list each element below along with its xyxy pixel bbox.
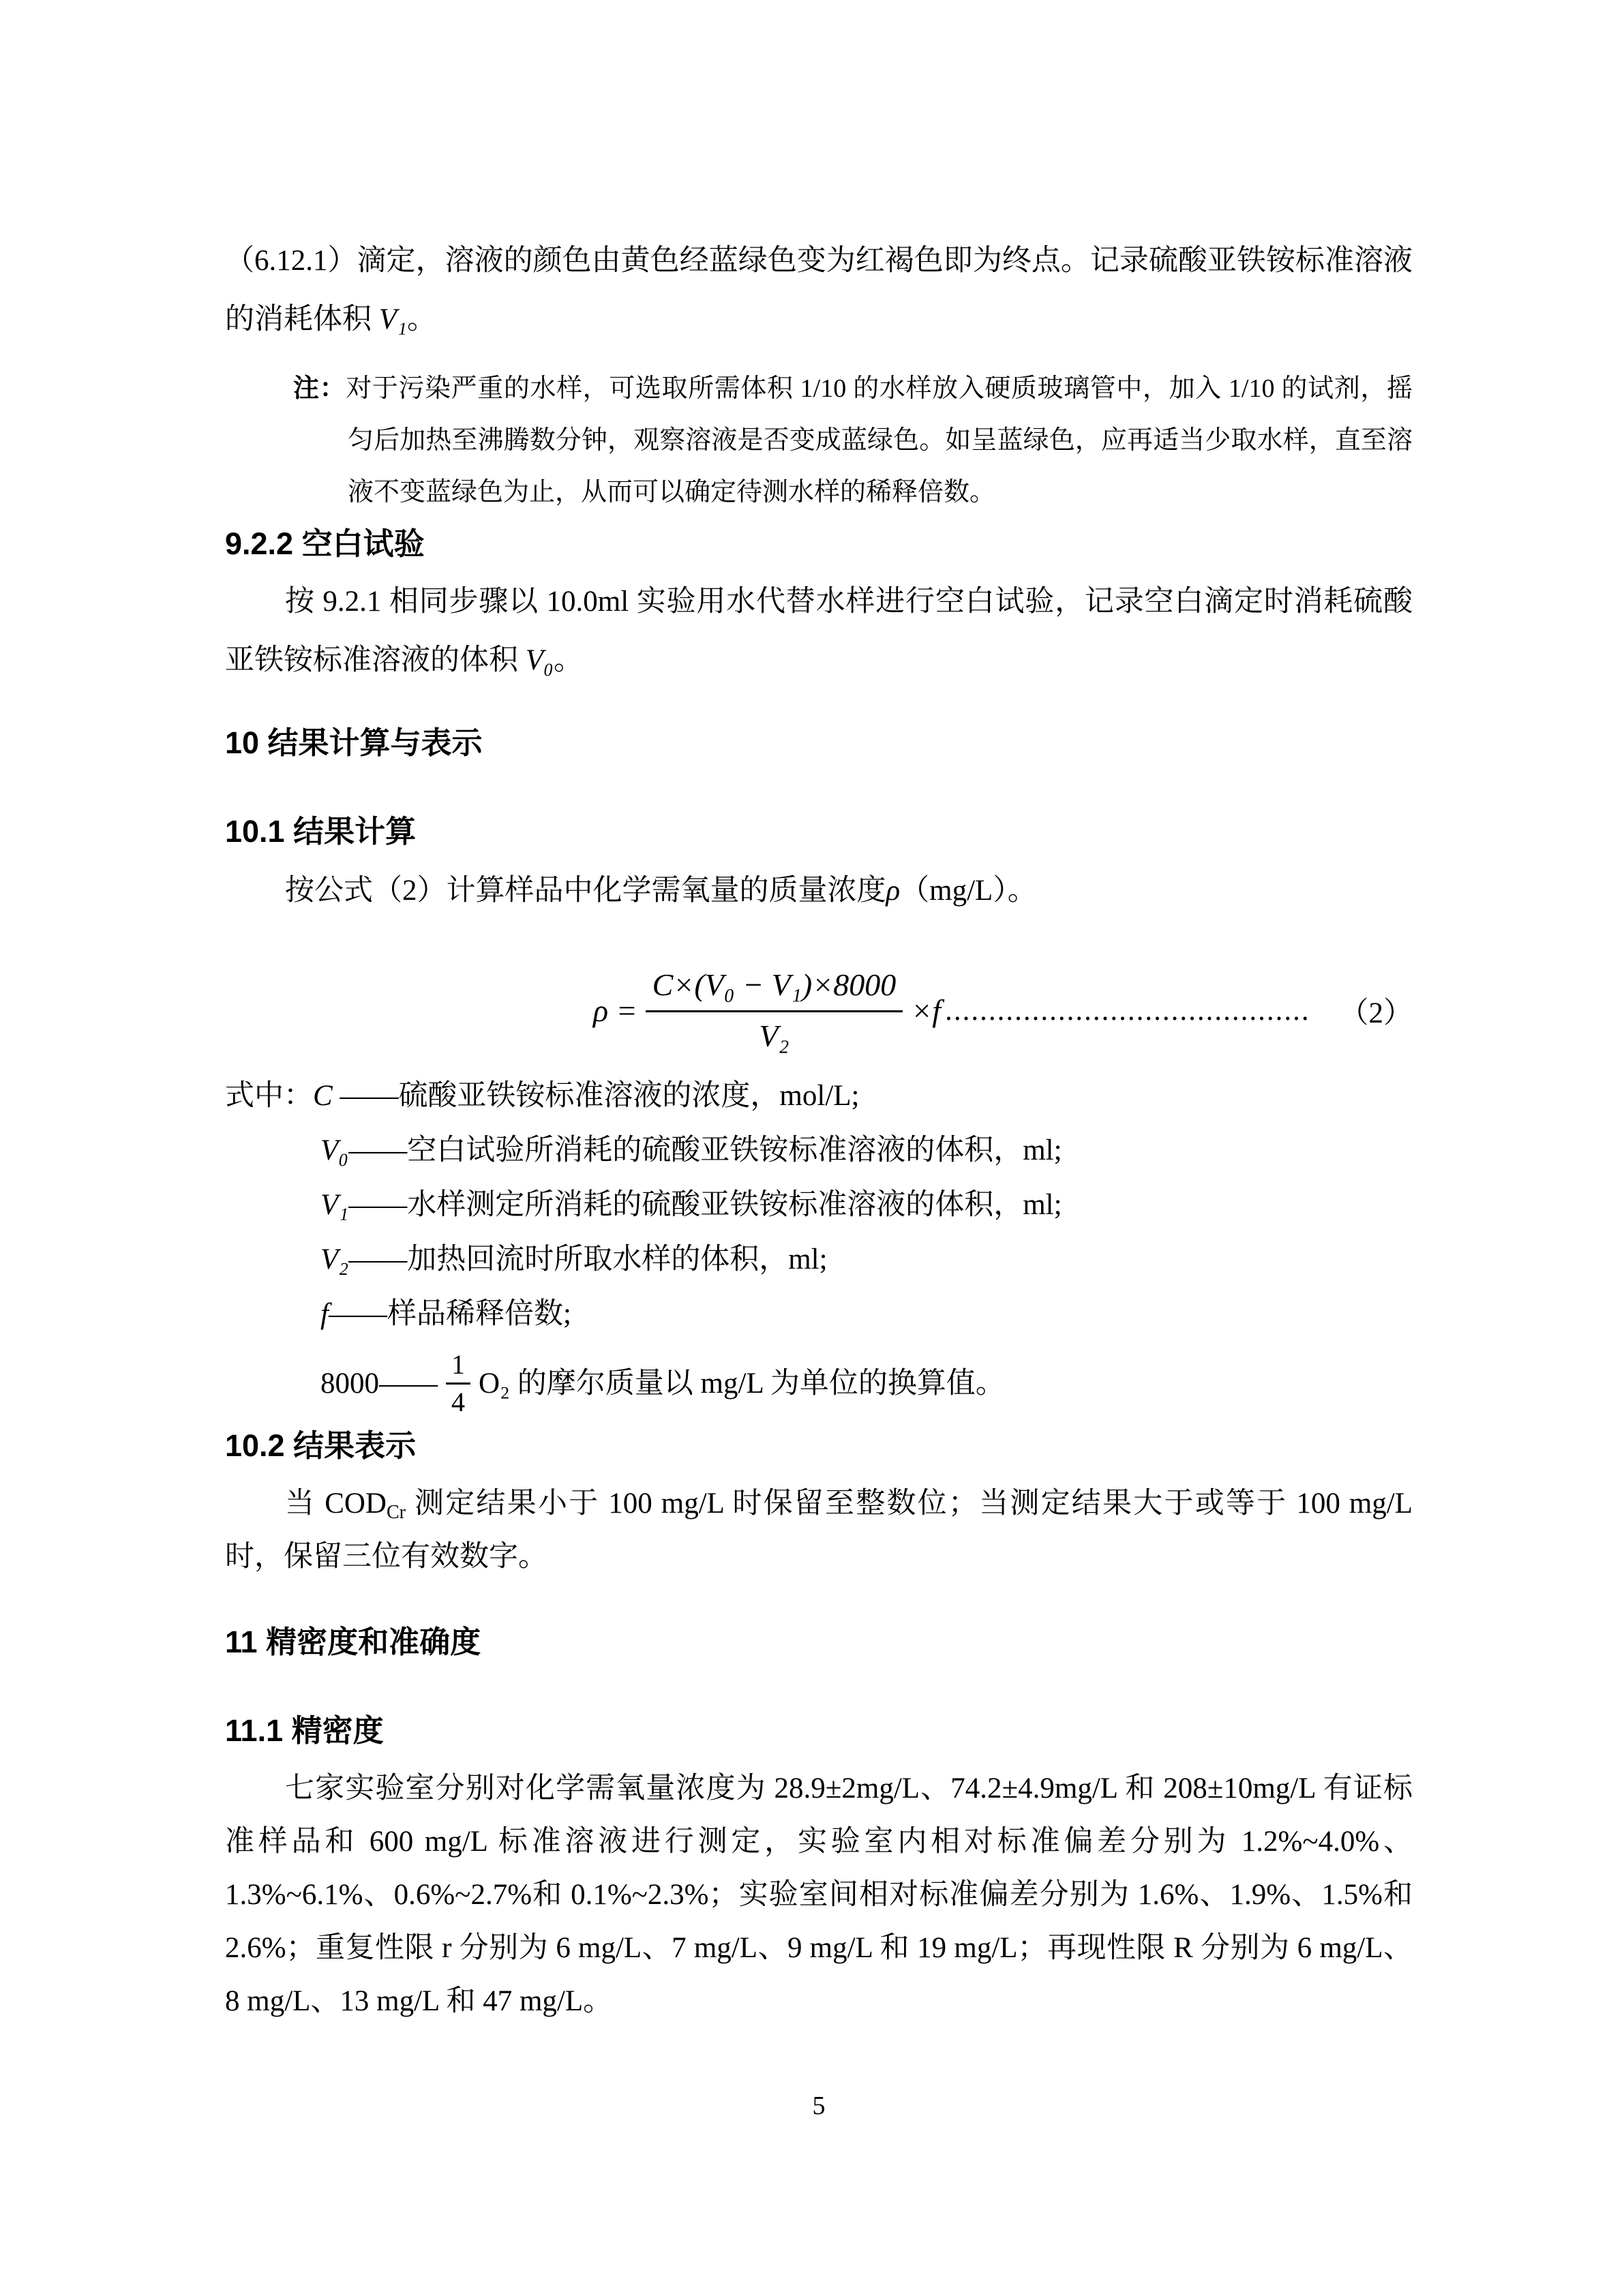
- equation-multiplier: ×f: [911, 993, 941, 1029]
- heading-9-2-2-blank-test: 9.2.2 空白试验: [225, 524, 1413, 564]
- definition-v1-text: ——水样测定所消耗的硫酸亚铁铵标准溶液的体积，ml;: [348, 1189, 1062, 1221]
- definition-v0-text: ——空白试验所消耗的硫酸亚铁铵标准溶液的体积，ml;: [348, 1134, 1062, 1166]
- equation-fraction: C×(V₀ − V₁)×8000 V₂: [646, 965, 903, 1055]
- symbol-definitions: 式中：C ——硫酸亚铁铵标准溶液的浓度，mol/L; V₀——空白试验所消耗的硫…: [225, 1069, 1413, 1419]
- equation-number: （2）: [1340, 990, 1413, 1031]
- cod-cr-subscript: Cr: [387, 1502, 406, 1523]
- heading-10-2-result-expression: 10.2 结果表示: [225, 1425, 1413, 1466]
- fraction-numerator: 1: [446, 1348, 470, 1385]
- definition-v0-symbol: V₀: [320, 1134, 348, 1166]
- note-block: 注：对于污染严重的水样，可选取所需体积 1/10 的水样放入硬质玻璃管中，加入 …: [293, 363, 1413, 518]
- equation-expression: ρ = C×(V₀ − V₁)×8000 V₂ ×f: [593, 965, 941, 1055]
- definition-f-text: ——样品稀释倍数;: [329, 1298, 571, 1330]
- definition-c: 式中：C ——硫酸亚铁铵标准溶液的浓度，mol/L;: [225, 1069, 1413, 1123]
- definition-v1-symbol: V₁: [320, 1189, 348, 1221]
- paragraph-blank-test: 按 9.2.1 相同步骤以 10.0ml 实验用水代替水样进行空白试验，记录空白…: [225, 573, 1413, 690]
- paragraph-blank-period: 。: [554, 644, 583, 676]
- paragraph-precision: 七家实验室分别对化学需氧量浓度为 28.9±2mg/L、74.2±4.9mg/L…: [225, 1762, 1413, 2028]
- heading-10-result-calculation-expression: 10 结果计算与表示: [225, 723, 1413, 764]
- paragraph-blank-text: 按 9.2.1 相同步骤以 10.0ml 实验用水代替水样进行空白试验，记录空白…: [225, 586, 1413, 676]
- equation-lhs: ρ =: [593, 993, 637, 1029]
- definition-v2-symbol: V₂: [320, 1243, 348, 1275]
- note-text: 对于污染严重的水样，可选取所需体积 1/10 的水样放入硬质玻璃管中，加入 1/…: [346, 374, 1413, 507]
- heading-11-precision-accuracy: 11 精密度和准确度: [225, 1622, 1413, 1663]
- paragraph-formula-intro-unit: （mg/L）。: [900, 875, 1037, 907]
- equation-2: ρ = C×(V₀ − V₁)×8000 V₂ ×f .............…: [225, 965, 1413, 1055]
- definition-c-symbol: C: [313, 1080, 333, 1112]
- definition-v2: V₂——加热回流时所取水样的体积，ml;: [320, 1233, 1413, 1287]
- equation-dot-leader: ........................................…: [945, 994, 1335, 1027]
- paragraph-result-text2: 测定结果小于 100 mg/L 时保留至整数位；当测定结果大于或等于 100 m…: [225, 1487, 1413, 1573]
- definition-8000-prefix: 8000——: [320, 1357, 438, 1411]
- paragraph-result-text1: 当 COD: [285, 1487, 387, 1520]
- definition-v1: V₁——水样测定所消耗的硫酸亚铁铵标准溶液的体积，ml;: [320, 1178, 1413, 1233]
- definition-8000-text: O₂ 的摩尔质量以 mg/L 为单位的换算值。: [479, 1357, 1005, 1411]
- paragraph-result-expression: 当 CODCr 测定结果小于 100 mg/L 时保留至整数位；当测定结果大于或…: [225, 1477, 1413, 1584]
- heading-11-1-precision: 11.1 精密度: [225, 1710, 1413, 1751]
- definition-f: f——样品稀释倍数;: [320, 1287, 1413, 1342]
- symbol-v0: V₀: [526, 644, 554, 676]
- heading-10-1-result-calculation: 10.1 结果计算: [225, 811, 1413, 852]
- paragraph-formula-intro: 按公式（2）计算样品中化学需氧量的质量浓度ρ（mg/L）。: [225, 862, 1413, 920]
- paragraph-formula-intro-text: 按公式（2）计算样品中化学需氧量的质量浓度: [285, 875, 886, 907]
- symbol-v1: V₁: [379, 303, 407, 335]
- document-page: （6.12.1）滴定，溶液的颜色由黄色经蓝绿色变为红褐色即为终点。记录硫酸亚铁铵…: [0, 0, 1624, 2296]
- definition-v0: V₀——空白试验所消耗的硫酸亚铁铵标准溶液的体积，ml;: [320, 1123, 1413, 1178]
- definition-c-text: ——硫酸亚铁铵标准溶液的浓度，mol/L;: [333, 1080, 860, 1112]
- paragraph-titration-period: 。: [407, 303, 436, 335]
- page-number: 5: [225, 2091, 1413, 2121]
- definition-v2-text: ——加热回流时所取水样的体积，ml;: [348, 1243, 827, 1275]
- fraction-denominator: 4: [446, 1385, 470, 1419]
- definition-f-symbol: f: [320, 1298, 329, 1330]
- one-quarter-fraction: 1 4: [446, 1348, 470, 1419]
- equation-numerator: C×(V₀ − V₁)×8000: [646, 965, 903, 1012]
- symbol-rho: ρ: [886, 875, 901, 907]
- paragraph-titration-endpoint: （6.12.1）滴定，溶液的颜色由黄色经蓝绿色变为红褐色即为终点。记录硫酸亚铁铵…: [225, 232, 1413, 349]
- note-label: 注：: [293, 374, 346, 403]
- definition-8000: 8000—— 1 4 O₂ 的摩尔质量以 mg/L 为单位的换算值。: [320, 1348, 1413, 1419]
- equation-denominator: V₂: [646, 1012, 903, 1056]
- where-label: 式中：: [225, 1080, 313, 1112]
